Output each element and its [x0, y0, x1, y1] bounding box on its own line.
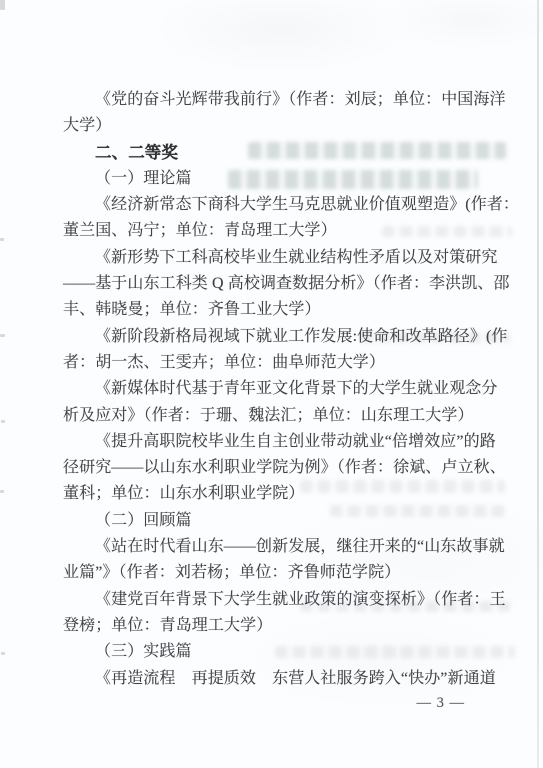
text-line: 析及应对》（作者：于珊、魏法汇；单位：山东理工大学） — [63, 403, 483, 429]
text-line: （二）回顾篇 — [63, 508, 483, 534]
text-line: 董兰国、冯宁；单位：青岛理工大学） — [63, 218, 483, 244]
text-line: 《站在时代看山东——创新发展，继往开来的“山东故事就 — [63, 534, 483, 560]
text-line: 径研究——以山东水利职业学院为例》（作者：徐斌、卢立秋、 — [63, 455, 483, 481]
text-line: 大学） — [63, 113, 483, 139]
text-line: （一）理论篇 — [63, 166, 483, 192]
text-line: 《新阶段新格局视域下就业工作发展:使命和改革路径》(作 — [63, 324, 483, 350]
text-line: 《党的奋斗光辉带我前行》（作者：刘辰；单位：中国海洋 — [63, 87, 483, 113]
text-line: 业篇”》（作者：刘若杨；单位：齐鲁师范学院） — [63, 560, 483, 586]
text-line: 《建党百年背景下大学生就业政策的演变探析》（作者：王 — [63, 587, 483, 613]
document-body: 《党的奋斗光辉带我前行》（作者：刘辰；单位：中国海洋大学）二、二等奖（一）理论篇… — [0, 0, 543, 692]
text-line: 《新媒体时代基于青年亚文化背景下的大学生就业观念分 — [63, 376, 483, 402]
text-line: 丰、韩晓曼；单位：齐鲁工业大学） — [63, 297, 483, 323]
text-line: 登榜；单位：青岛理工大学） — [63, 613, 483, 639]
section-heading: 二、二等奖 — [63, 140, 483, 166]
text-line: 《经济新常态下商科大学生马克思就业价值观塑造》(作者： — [63, 192, 483, 218]
page-number: — 3 — — [417, 695, 466, 712]
text-line: 者：胡一杰、王雯卉；单位：曲阜师范大学） — [63, 350, 483, 376]
text-line: 《再造流程 再提质效 东营人社服务跨入“快办”新通道 — [63, 666, 483, 692]
document-page: 《党的奋斗光辉带我前行》（作者：刘辰；单位：中国海洋大学）二、二等奖（一）理论篇… — [0, 0, 543, 768]
text-line: （三）实践篇 — [63, 639, 483, 665]
text-line: ——基于山东工科类 Q 高校调查数据分析》（作者：李洪凯、邵 — [63, 271, 483, 297]
text-line: 《提升高职院校毕业生自主创业带动就业“倍增效应”的路 — [63, 429, 483, 455]
text-line: 董科；单位：山东水利职业学院） — [63, 481, 483, 507]
scan-edge-line — [537, 0, 539, 768]
text-line: 《新形势下工科高校毕业生就业结构性矛盾以及对策研究 — [63, 245, 483, 271]
